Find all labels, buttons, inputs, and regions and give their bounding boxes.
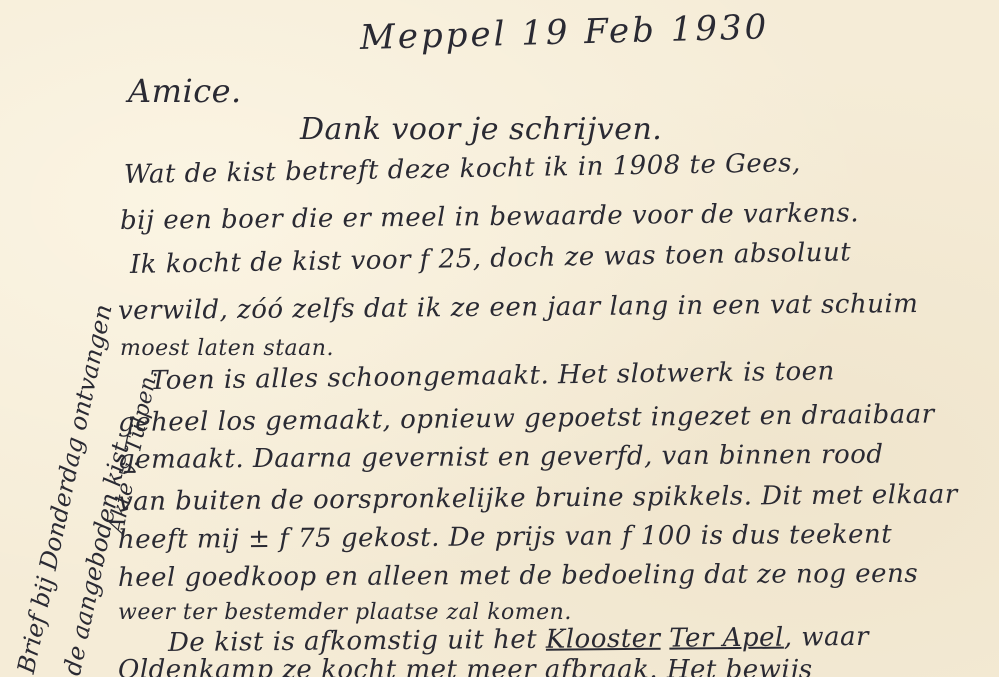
body-line: Oldenkamp ze kocht met meer afbraak. Het… (118, 655, 813, 677)
underlined-place-ter-apel: Ter Apel (669, 623, 784, 654)
body-line: heeft mij ± f 75 gekost. De prijs van f … (118, 520, 892, 555)
opening-line: Dank voor je schrijven. (300, 112, 662, 147)
body-line: gemaakt. Daarna gevernist en geverfd, va… (118, 440, 884, 475)
body-line: heel goedkoop en alleen met de bedoeling… (118, 559, 918, 593)
body-line: Ik kocht de kist voor f 25, doch ze was … (130, 237, 852, 280)
body-text: De kist is afkomstig uit het (168, 625, 546, 658)
body-line: moest laten staan. (120, 336, 334, 361)
body-line-provenance: De kist is afkomstig uit het Klooster Te… (168, 622, 869, 658)
body-line: Wat de kist betreft deze kocht ik in 190… (124, 148, 801, 190)
body-line: Toen is alles schoongemaakt. Het slotwer… (150, 356, 835, 396)
body-line: bij een boer die er meel in bewaarde voo… (120, 198, 859, 236)
body-line: weer ter bestemder plaatse zal komen. (118, 600, 572, 625)
body-text: , waar (784, 622, 869, 653)
letter-paper: Meppel 19 Feb 1930 Amice. Dank voor je s… (0, 0, 999, 677)
place-date-header: Meppel 19 Feb 1930 (359, 7, 769, 58)
underlined-place-klooster: Klooster (546, 624, 661, 655)
body-line: verwild, zóó zelfs dat ik ze een jaar la… (118, 289, 919, 326)
body-line: van buiten de oorspronkelijke bruine spi… (118, 480, 958, 517)
salutation: Amice. (128, 72, 242, 110)
body-line: geheel los gemaakt, opnieuw gepoetst ing… (118, 399, 935, 438)
